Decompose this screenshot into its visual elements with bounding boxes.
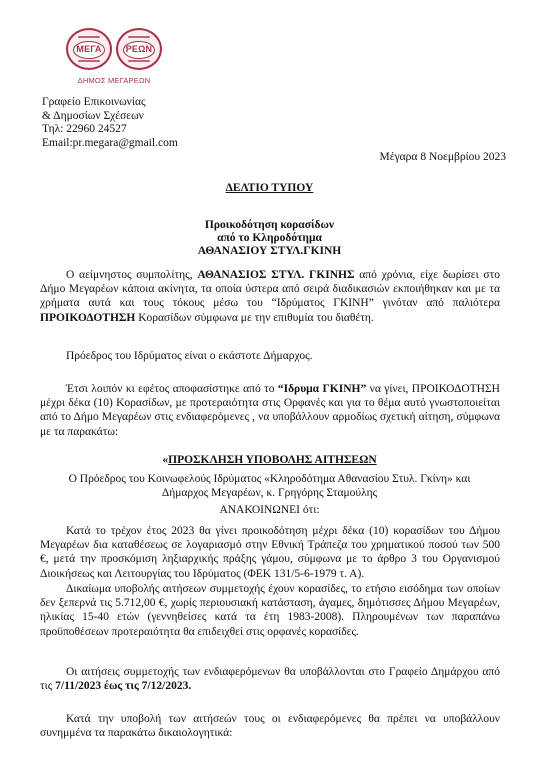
dowry-emphasis: ΠΡΟΙΚΟΔΟΤΗΣΗ xyxy=(40,312,135,324)
subject-heading: Προικοδότηση κορασίδων από το Κληροδότημ… xyxy=(0,219,539,258)
logo-caption: ΔΗΜΟΣ ΜΕΓΑΡΕΩΝ xyxy=(62,76,166,85)
announces-heading: ΑΝΑΚΟΙΝΩΝΕΙ ότι: xyxy=(0,504,539,516)
coin-right-text: ΡΕΩΝ xyxy=(123,41,155,59)
document-date: Μέγαρα 8 Νοεμβρίου 2023 xyxy=(380,151,506,163)
coin-left-icon: ΜΕΓΑ xyxy=(66,28,112,70)
deadline-dates: 7/11/2023 έως τις 7/12/2023. xyxy=(55,680,191,692)
press-release-title: ΔΕΛΤΙΟ ΤΥΠΟΥ xyxy=(0,182,539,194)
paragraph-documents: Κατά την υποβολή των αιτήσεών τους οι εν… xyxy=(40,712,500,740)
contact-block: Γραφείο Επικοινωνίας & Δημοσίων Σχέσεων … xyxy=(42,96,178,150)
office-name-line2: & Δημοσίων Σχέσεων xyxy=(42,110,178,124)
paragraph-intro: Ο αείμνηστος συμπολίτης, ΑΘΑΝΑΣΙΟΣ ΣΤΥΛ.… xyxy=(40,268,500,325)
paragraph-deadline: Οι αιτήσεις συμμετοχής των ενδιαφερόμενω… xyxy=(40,665,500,693)
paragraph-eligibility: Δικαίωμα υποβολής αιτήσεων συμμετοχής έχ… xyxy=(40,582,500,639)
municipality-logo: ΜΕΓΑ ΡΕΩΝ ΔΗΜΟΣ ΜΕΓΑΡΕΩΝ xyxy=(62,26,166,94)
invitation-announcer: Ο Πρόεδρος του Κοινωφελούς Ιδρύματος «Κλ… xyxy=(0,472,539,500)
coin-left-text: ΜΕΓΑ xyxy=(73,41,105,59)
office-name-line1: Γραφείο Επικοινωνίας xyxy=(42,96,178,110)
paragraph-decision: Έτσι λοιπόν κι εφέτος αποφασίστηκε από τ… xyxy=(40,382,500,439)
subject-line3: ΑΘΑΝΑΣΙΟΥ ΣΤΥΛ.ΓΚΙΝΗ xyxy=(0,245,539,258)
subject-line1: Προικοδότηση κορασίδων xyxy=(0,219,539,232)
invitation-title: «ΠΡΟΣΚΛΗΣΗ ΥΠΟΒΟΛΗΣ ΑΙΤΗΣΕΩΝ xyxy=(0,454,539,466)
foundation-name: “Ιδρυμα ΓΚΙΝΗ” xyxy=(278,383,366,395)
donor-name: ΑΘΑΝΑΣΙΟΣ ΣΤΥΛ. ΓΚΙΝΗΣ xyxy=(197,269,354,281)
subject-line2: από το Κληροδότημα xyxy=(0,232,539,245)
email: Email:pr.megara@gmail.com xyxy=(42,137,178,151)
phone: Τηλ: 22960 24527 xyxy=(42,123,178,137)
press-release-page: ΜΕΓΑ ΡΕΩΝ ΔΗΜΟΣ ΜΕΓΑΡΕΩΝ Γραφείο Επικοιν… xyxy=(0,0,539,767)
paragraph-president: Πρόεδρος του Ιδρύματος είναι ο εκάστοτε … xyxy=(40,349,500,363)
coin-right-icon: ΡΕΩΝ xyxy=(116,28,162,70)
paragraph-amount: Κατά το τρέχον έτος 2023 θα γίνει προικο… xyxy=(40,524,500,581)
